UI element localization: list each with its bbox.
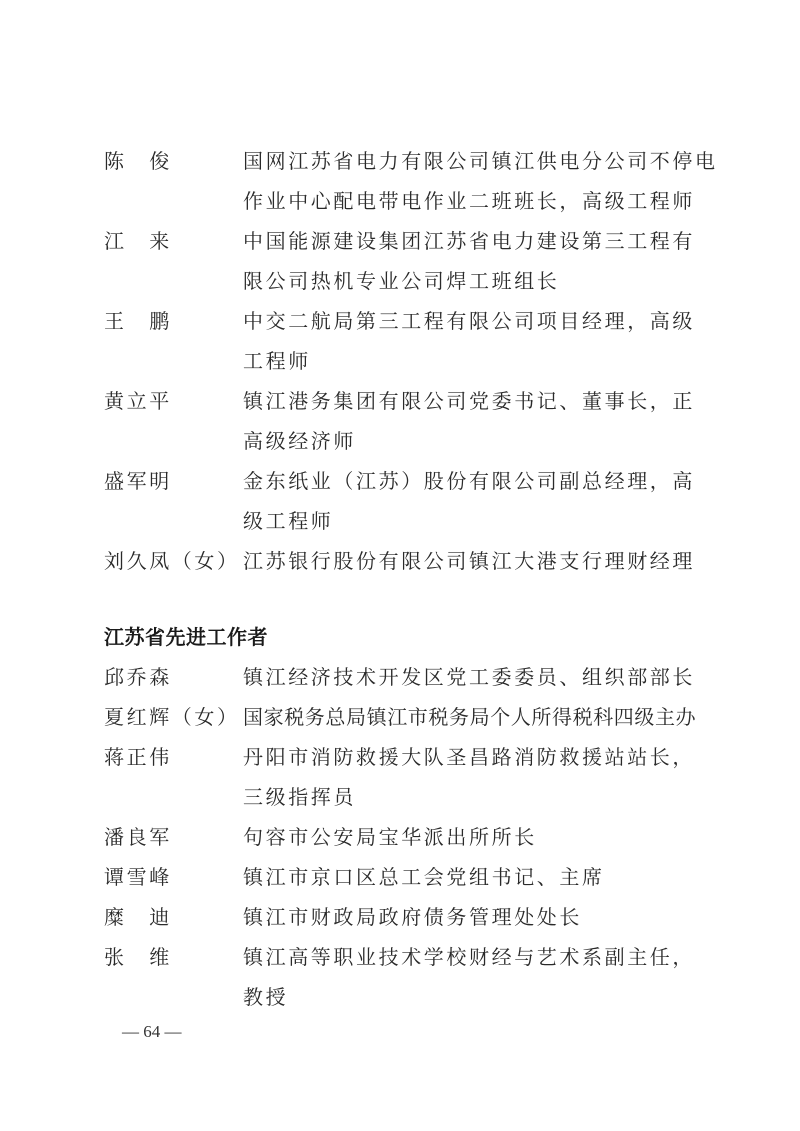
entry-name: 江 来	[104, 229, 172, 253]
page-number: — 64 —	[122, 1022, 182, 1042]
entry-name: 夏红辉（女）	[104, 705, 240, 729]
entry-description: 工程师	[243, 349, 311, 373]
entry-description: 镇江港务集团有限公司党委书记、董事长，正	[243, 389, 695, 413]
entry-description: 镇江市京口区总工会党组书记、主席	[243, 865, 605, 889]
entry-description: 镇江市财政局政府债务管理处处长	[243, 905, 582, 929]
entry-description: 金东纸业（江苏）股份有限公司副总经理，高	[243, 469, 695, 493]
entry-description: 镇江经济技术开发区党工委委员、组织部部长	[243, 665, 695, 689]
entry-description: 丹阳市消防救援大队圣昌路消防救援站站长，	[243, 745, 695, 769]
entry-description: 中交二航局第三工程有限公司项目经理，高级	[243, 309, 695, 333]
entry-name: 潘良军	[104, 825, 172, 849]
entry-name: 黄立平	[104, 389, 172, 413]
entry-description: 中国能源建设集团江苏省电力建设第三工程有	[243, 229, 695, 253]
entry-description: 高级经济师	[243, 429, 356, 453]
entry-name: 王 鹏	[104, 309, 172, 333]
entry-name: 邱乔森	[104, 665, 172, 689]
entry-name: 张 维	[104, 945, 172, 969]
entry-description: 镇江高等职业技术学校财经与艺术系副主任，	[243, 945, 695, 969]
entry-name: 刘久凤（女）	[104, 549, 240, 573]
entry-description: 江苏银行股份有限公司镇江大港支行理财经理	[243, 549, 695, 573]
entry-description: 三级指挥员	[243, 785, 356, 809]
entry-description: 限公司热机专业公司焊工班组长	[243, 269, 559, 293]
entry-description: 级工程师	[243, 509, 333, 533]
entry-name: 谭雪峰	[104, 865, 172, 889]
entry-name: 盛军明	[104, 469, 172, 493]
entry-description: 作业中心配电带电作业二班班长，高级工程师	[243, 189, 695, 213]
entry-name: 蒋正伟	[104, 745, 172, 769]
entry-description: 句容市公安局宝华派出所所长	[243, 825, 537, 849]
entry-description: 教授	[243, 985, 288, 1009]
entry-description: 国网江苏省电力有限公司镇江供电分公司不停电	[243, 149, 718, 173]
entry-description: 国家税务总局镇江市税务局个人所得税科四级主办	[243, 705, 696, 729]
entry-name: 陈 俊	[104, 149, 172, 173]
section-heading: 江苏省先进工作者	[104, 625, 268, 649]
document-page: 陈 俊 国网江苏省电力有限公司镇江供电分公司不停电 作业中心配电带电作业二班班长…	[0, 0, 800, 1131]
entry-name: 糜 迪	[104, 905, 172, 929]
